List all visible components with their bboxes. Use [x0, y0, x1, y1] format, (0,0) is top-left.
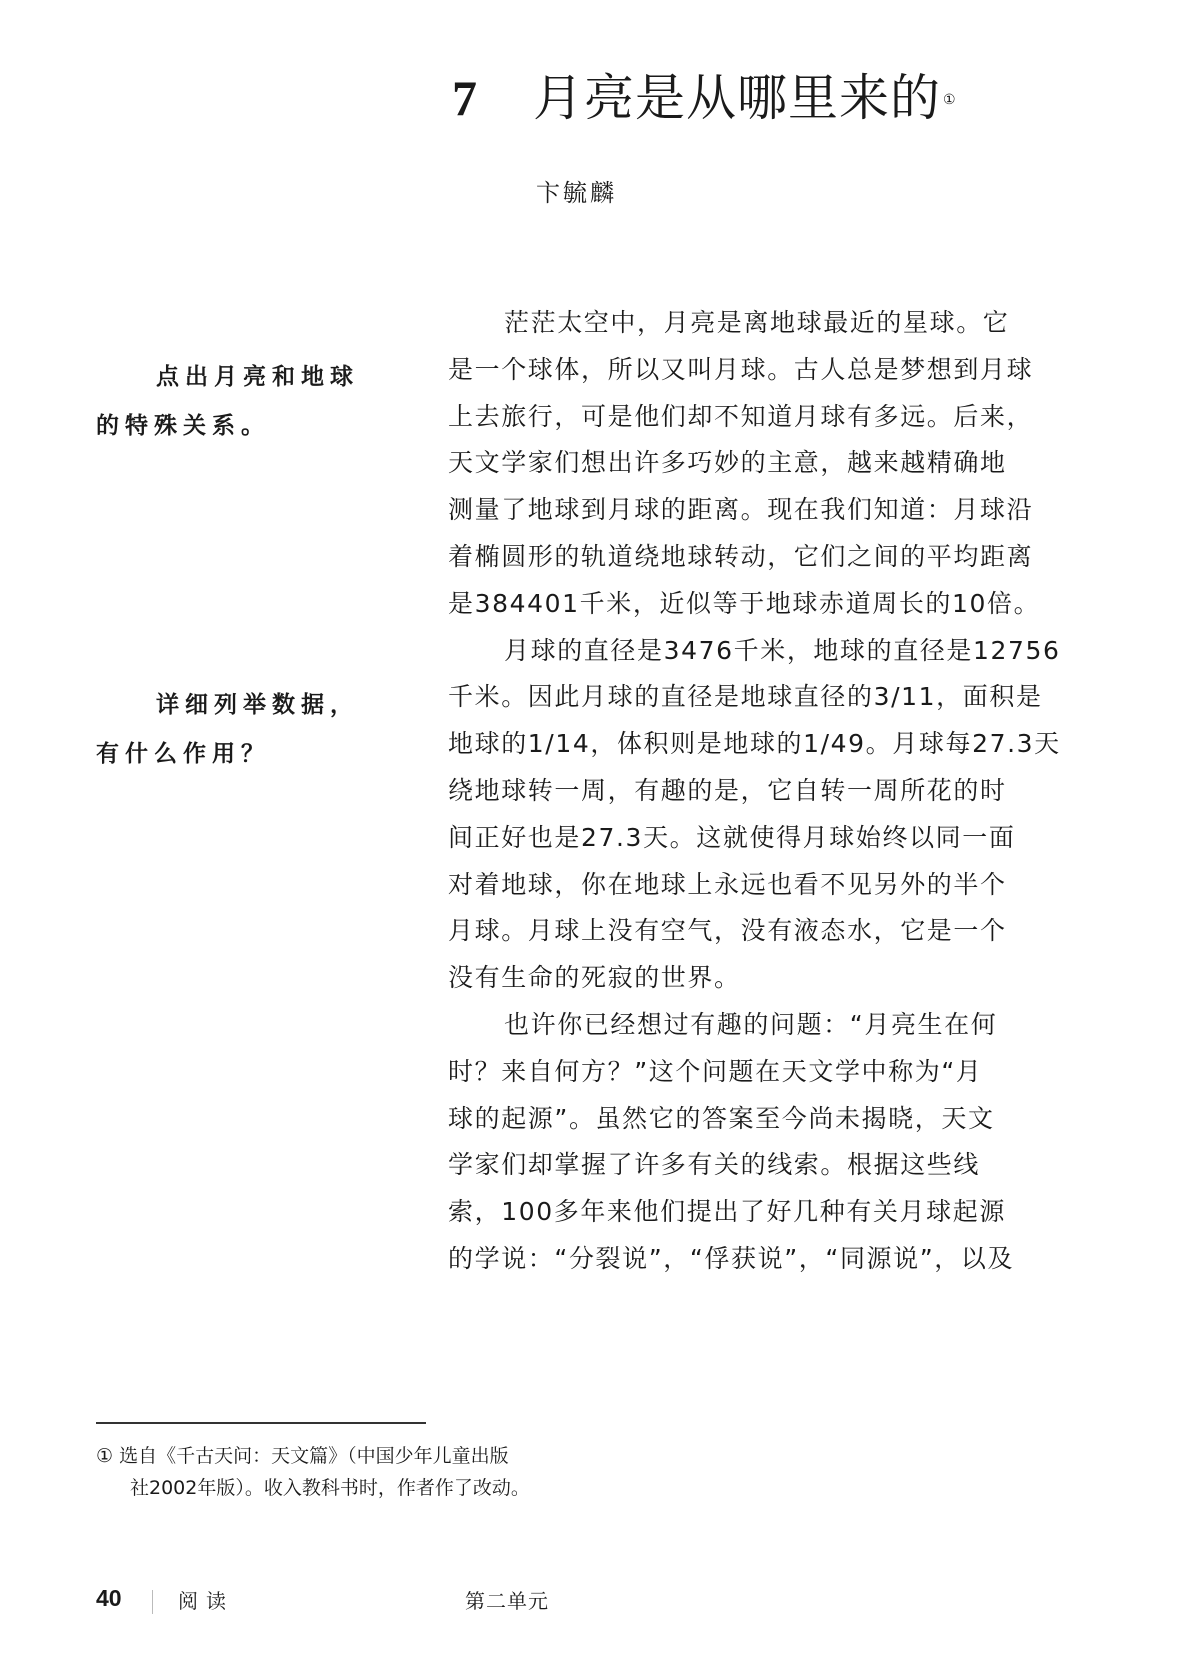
text-line: 月球。月球上没有空气，没有液态水，它是一个	[448, 908, 1088, 955]
paragraph-2: 月球的直径是3476千米，地球的直径是12756 千米。因此月球的直径是地球直径…	[448, 628, 1088, 1002]
text-line: 球的起源”。虽然它的答案至今尚未揭晓，天文	[448, 1096, 1088, 1143]
footnote-text: 选自《千古天问：天文篇》（中国少年儿童出版	[119, 1445, 509, 1467]
page-title: 月亮是从哪里来的①	[533, 68, 957, 128]
text-line: 茫茫太空中，月亮是离地球最近的星球。它	[448, 300, 1088, 347]
paragraph-3: 也许你已经想过有趣的问题：“月亮生在何 时？来自何方？”这个问题在天文学中称为“…	[448, 1002, 1088, 1283]
text-line: 学家们却掌握了许多有关的线索。根据这些线	[448, 1142, 1088, 1189]
text-line: 天文学家们想出许多巧妙的主意，越来越精确地	[448, 440, 1088, 487]
article-body: 茫茫太空中，月亮是离地球最近的星球。它 是一个球体，所以又叫月球。古人总是梦想到…	[448, 300, 1088, 1283]
text-line: 没有生命的死寂的世界。	[448, 955, 1088, 1002]
footer-divider	[152, 1590, 153, 1614]
page-number: 40	[96, 1585, 122, 1612]
footnote-line: ① 选自《千古天问：天文篇》（中国少年儿童出版	[96, 1440, 530, 1472]
text-line: 着椭圆形的轨道绕地球转动，它们之间的平均距离	[448, 534, 1088, 581]
side-note-line: 点出月亮和地球	[96, 352, 359, 401]
unit-label: 第二单元	[465, 1585, 549, 1614]
text-line: 月球的直径是3476千米，地球的直径是12756	[448, 628, 1088, 675]
text-line: 时？来自何方？”这个问题在天文学中称为“月	[448, 1049, 1088, 1096]
text-line: 的学说：“分裂说”，“俘获说”，“同源说”，以及	[448, 1236, 1088, 1283]
text-line: 是384401千米，近似等于地球赤道周长的10倍。	[448, 581, 1088, 628]
text-line: 千米。因此月球的直径是地球直径的3/11，面积是	[448, 674, 1088, 721]
section-label: 阅读	[178, 1585, 234, 1614]
side-note-2: 详细列举数据， 有什么作用？	[96, 680, 359, 778]
side-note-1: 点出月亮和地球 的特殊关系。	[96, 352, 359, 450]
title-text: 月亮是从哪里来的	[533, 69, 941, 127]
side-note-line: 有什么作用？	[96, 729, 359, 778]
text-line: 也许你已经想过有趣的问题：“月亮生在何	[448, 1002, 1088, 1049]
text-line: 间正好也是27.3天。这就使得月球始终以同一面	[448, 815, 1088, 862]
text-line: 索，100多年来他们提出了好几种有关月球起源	[448, 1189, 1088, 1236]
text-line: 对着地球，你在地球上永远也看不见另外的半个	[448, 862, 1088, 909]
text-line: 地球的1/14，体积则是地球的1/49。月球每27.3天	[448, 721, 1088, 768]
author: 卞毓麟	[536, 178, 617, 208]
text-line: 上去旅行，可是他们却不知道月球有多远。后来，	[448, 394, 1088, 441]
paragraph-1: 茫茫太空中，月亮是离地球最近的星球。它 是一个球体，所以又叫月球。古人总是梦想到…	[448, 300, 1088, 628]
footnote: ① 选自《千古天问：天文篇》（中国少年儿童出版 社2002年版）。收入教科书时，…	[96, 1440, 530, 1504]
footnote-mark: ①	[96, 1445, 113, 1467]
text-line: 是一个球体，所以又叫月球。古人总是梦想到月球	[448, 347, 1088, 394]
text-line: 绕地球转一周，有趣的是，它自转一周所花的时	[448, 768, 1088, 815]
lesson-number: 7	[452, 68, 477, 128]
side-note-line: 的特殊关系。	[96, 401, 359, 450]
side-note-line: 详细列举数据，	[96, 680, 359, 729]
text-line: 测量了地球到月球的距离。现在我们知道：月球沿	[448, 487, 1088, 534]
footnote-divider	[96, 1422, 426, 1424]
footnote-line: 社2002年版）。收入教科书时，作者作了改动。	[96, 1472, 530, 1504]
title-footnote-mark[interactable]: ①	[943, 92, 957, 108]
